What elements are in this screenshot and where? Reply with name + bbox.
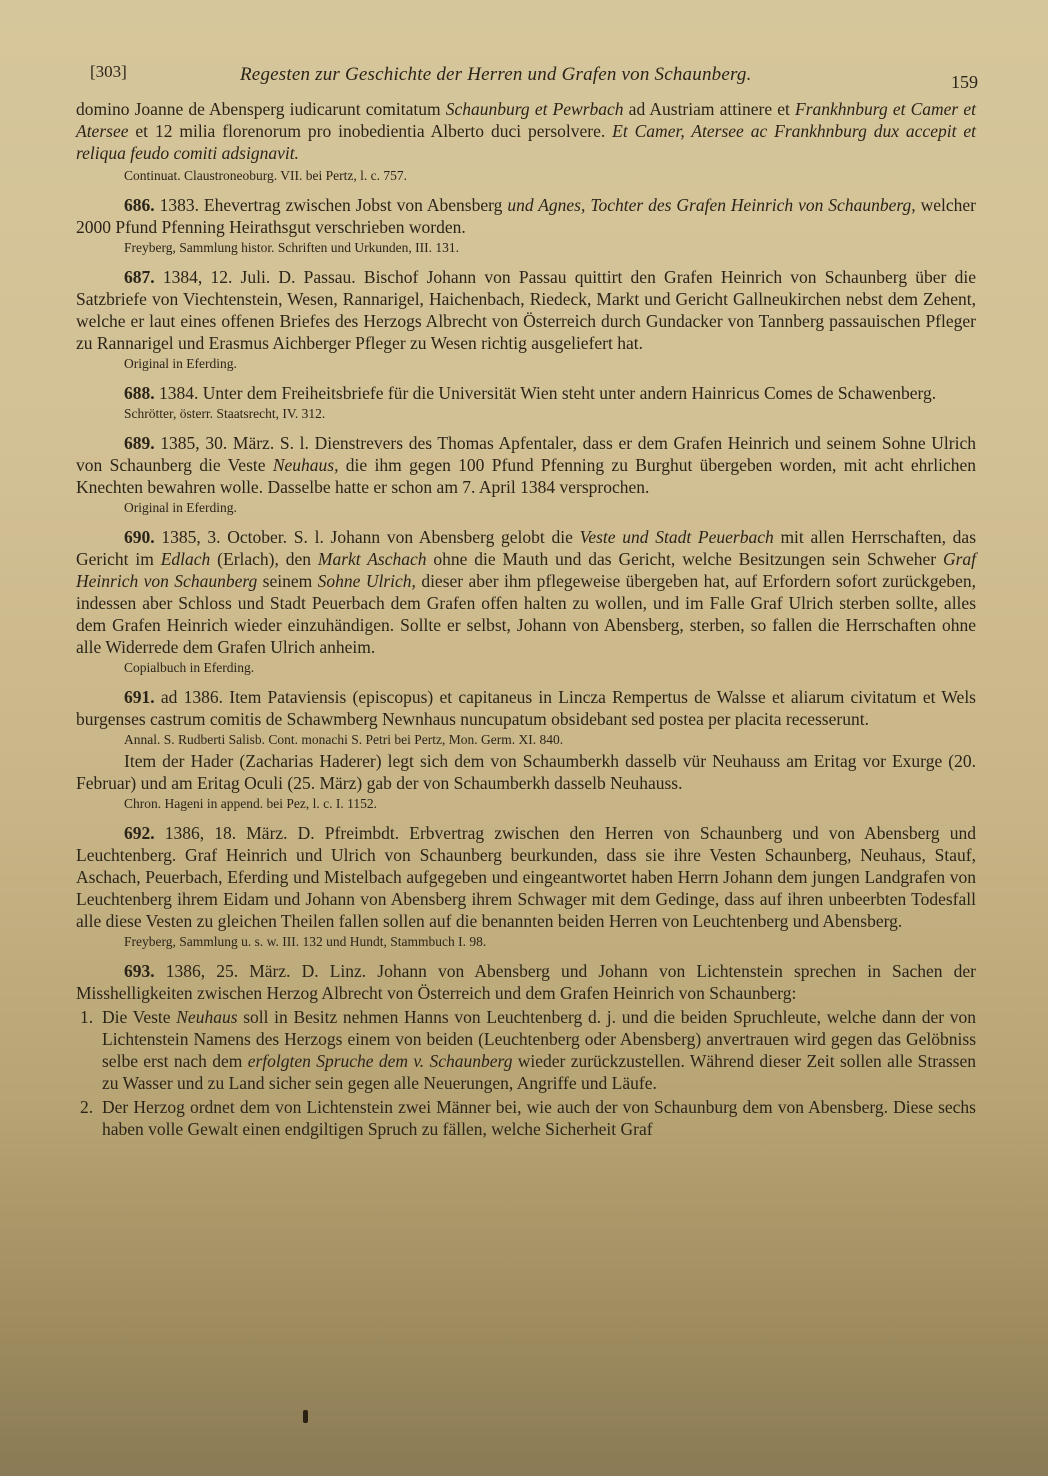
running-title: Regesten zur Geschichte der Herren und G… [240,64,752,86]
italic-text: Schaunburg et Pewrbach [446,99,624,119]
italic-text: Neuhaus, [273,455,339,475]
entry-number: 693. [124,961,155,981]
text-run: (Erlach), den [210,549,318,569]
list-item: 2.Der Herzog ordnet dem von Lichtenstein… [76,1096,976,1140]
source-citation: Annal. S. Rudberti Salisb. Cont. monachi… [76,730,976,750]
entry-text: 693. 1386, 25. März. D. Linz. Johann von… [76,960,976,1004]
italic-text: Markt Aschach [318,549,427,569]
entry-text: 690. 1385, 3. October. S. l. Johann von … [76,526,976,658]
book-page: [303] Regesten zur Geschichte der Herren… [0,0,1048,1476]
text-run: Der Herzog ordnet dem von Lichtenstein z… [102,1097,976,1139]
entry-number: 691. [124,687,155,707]
entry-text: 689. 1385, 30. März. S. l. Dienstrevers … [76,432,976,498]
text-run: 1386, 25. März. D. Linz. Johann von Aben… [76,961,976,1003]
ink-mark [303,1410,308,1423]
text-run: 1386, 18. März. D. Pfreimbdt. Erbvertrag… [76,823,976,931]
text-run: 1385, 3. October. S. l. Johann von Abens… [155,527,580,547]
italic-text: Neuhaus [176,1007,237,1027]
entry-text: 691. ad 1386. Item Pataviensis (episcopu… [76,686,976,730]
regest-entry: 689. 1385, 30. März. S. l. Dienstrevers … [76,432,976,518]
supplementary-text: Item der Hader (Zacharias Haderer) legt … [76,750,976,794]
source-citation: Continuat. Claustroneoburg. VII. bei Per… [124,166,976,186]
text-run: Die Veste [102,1007,176,1027]
text-run: 1384. Unter dem Freiheitsbriefe für die … [155,383,937,403]
list-item: 1.Die Veste Neuhaus soll in Besitz nehme… [76,1006,976,1094]
text-run: ad 1386. Item Pataviensis (episcopus) et… [76,687,976,729]
regest-entry: 692. 1386, 18. März. D. Pfreimbdt. Erbve… [76,822,976,952]
regest-entry: 691. ad 1386. Item Pataviensis (episcopu… [76,686,976,814]
regest-entry: 687. 1384, 12. Juli. D. Passau. Bischof … [76,266,976,374]
regest-entry: 690. 1385, 3. October. S. l. Johann von … [76,526,976,678]
italic-text: Veste und Stadt Peuerbach [580,527,774,547]
regest-entry: 693. 1386, 25. März. D. Linz. Johann von… [76,960,976,1140]
regest-entry: 688. 1384. Unter dem Freiheitsbriefe für… [76,382,976,424]
entry-number: 686. [124,195,155,215]
source-citation: Original in Eferding. [76,354,976,374]
entry-text: 687. 1384, 12. Juli. D. Passau. Bischof … [76,266,976,354]
list-item-number: 2. [80,1096,93,1118]
entry-number: 688. [124,383,155,403]
entry-text: 688. 1384. Unter dem Freiheitsbriefe für… [76,382,976,404]
source-citation: Original in Eferding. [76,498,976,518]
italic-text: erfolgten Spruche dem v. Schaunberg [248,1051,513,1071]
text-run: ohne die Mauth und das Gericht, welche B… [427,549,943,569]
text-run: ad Austriam attinere et [624,99,795,119]
text-run: seinem [257,571,317,591]
entry-number: 692. [124,823,155,843]
text-run: 1383. Ehevertrag zwischen Jobst von Aben… [155,195,508,215]
entry-number: 689. [124,433,155,453]
numbered-list: 1.Die Veste Neuhaus soll in Besitz nehme… [76,1006,976,1140]
source-citation: Schrötter, österr. Staatsrecht, IV. 312. [76,404,976,424]
text-run: domino Joanne de Abensperg iudicarunt co… [76,99,446,119]
source-citation: Freyberg, Sammlung histor. Schriften und… [76,238,976,258]
entry-number: 690. [124,527,155,547]
section-reference: [303] [90,62,127,82]
regest-entry: 686. 1383. Ehevertrag zwischen Jobst von… [76,194,976,258]
entry-number: 687. [124,267,155,287]
italic-text: Edlach [161,549,211,569]
source-citation: Chron. Hageni in append. bei Pez, l. c. … [76,794,976,814]
italic-text: und Agnes, Tochter des Grafen Heinrich v… [507,195,915,215]
page-body: domino Joanne de Abensperg iudicarunt co… [76,98,976,1140]
text-run: 1384, 12. Juli. D. Passau. Bischof Johan… [76,267,976,353]
continued-paragraph: domino Joanne de Abensperg iudicarunt co… [76,98,976,186]
page-number: 159 [951,72,978,93]
source-citation: Copialbuch in Eferding. [76,658,976,678]
entry-text: 686. 1383. Ehevertrag zwischen Jobst von… [76,194,976,238]
running-header: [303] Regesten zur Geschichte der Herren… [90,62,978,92]
regest-entries: 686. 1383. Ehevertrag zwischen Jobst von… [76,194,976,1140]
continued-text: domino Joanne de Abensperg iudicarunt co… [76,98,976,164]
text-run: et 12 milia florenorum pro inobedientia … [128,121,612,141]
italic-text: Sohne Ulrich, [318,571,416,591]
list-item-number: 1. [80,1006,93,1028]
source-citation: Freyberg, Sammlung u. s. w. III. 132 und… [76,932,976,952]
entry-text: 692. 1386, 18. März. D. Pfreimbdt. Erbve… [76,822,976,932]
